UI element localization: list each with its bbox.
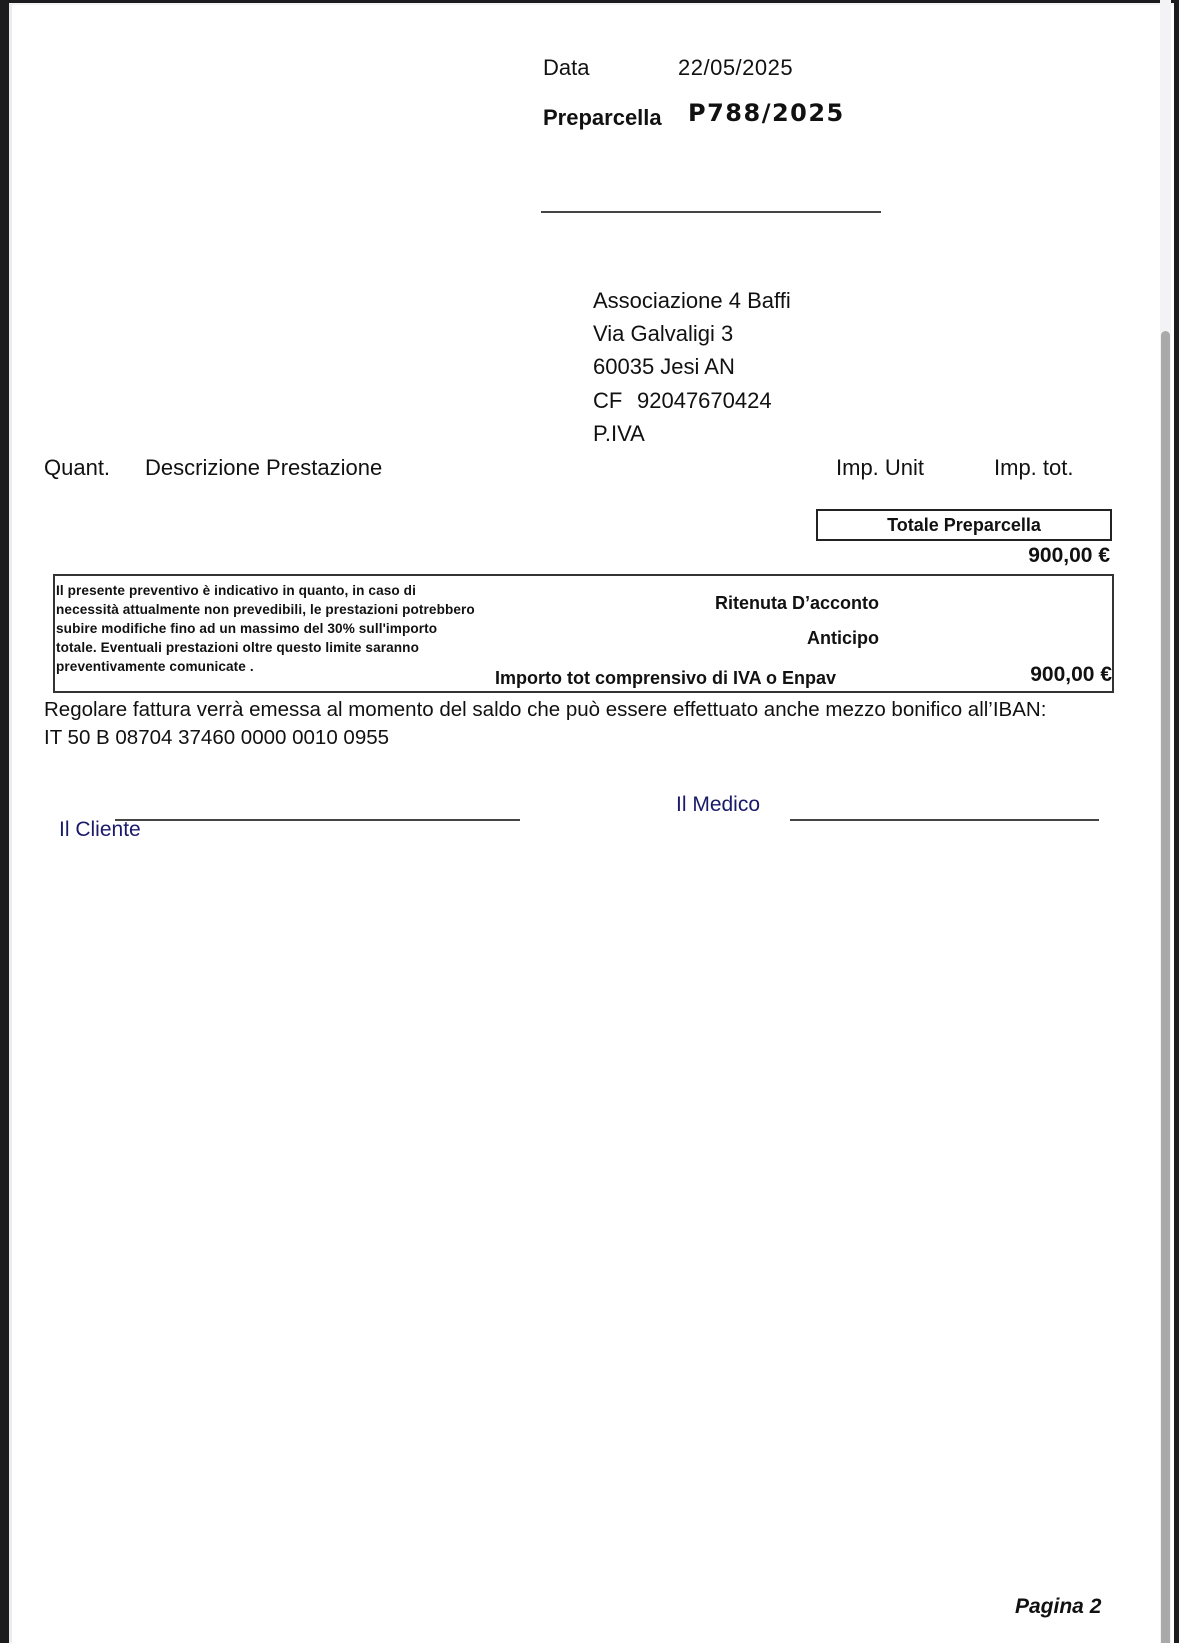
recipient-cf-label: CF [593,388,622,414]
page-number: Pagina 2 [1015,1595,1101,1619]
header-total-price: Imp. tot. [994,455,1073,481]
withholding-label: Ritenuta D’acconto [715,593,879,614]
iban-value: IT 50 B 08704 37460 0000 0010 0955 [44,726,389,750]
total-preparcella-box: Totale Preparcella [816,509,1112,541]
grand-total-value: 900,00 € [1030,663,1112,687]
date-value: 22/05/2025 [678,55,793,81]
header-unit-price: Imp. Unit [836,455,924,481]
header-divider [541,211,881,213]
grand-total-label: Importo tot comprensivo di IVA o Enpav [495,668,836,689]
recipient-city: 60035 Jesi AN [593,354,735,380]
recipient-piva-label: P.IVA [593,421,645,447]
payment-note: Regolare fattura verrà emessa al momento… [44,698,1046,722]
header-description: Descrizione Prestazione [145,455,382,481]
recipient-name: Associazione 4 Baffi [593,288,791,314]
total-preparcella-value: 900,00 € [1028,544,1110,568]
vertical-scrollbar-thumb[interactable] [1161,331,1170,1643]
recipient-cf-value: 92047670424 [637,388,772,414]
preparcella-number: P788/2025 [688,99,845,127]
recipient-address: Via Galvaligi 3 [593,321,733,347]
document-page: Data 22/05/2025 Preparcella P788/2025 As… [9,3,1174,1643]
date-label: Data [543,55,589,81]
doctor-signature-label: Il Medico [676,793,760,817]
total-preparcella-label: Totale Preparcella [887,515,1041,536]
client-signature-line [115,819,520,821]
disclaimer-text: Il presente preventivo è indicativo in q… [56,581,476,676]
header-quantity: Quant. [44,455,110,481]
doctor-signature-line [790,819,1099,821]
client-signature-label: Il Cliente [59,818,141,842]
preparcella-label: Preparcella [543,105,662,131]
summary-box: Il presente preventivo è indicativo in q… [53,574,1114,693]
advance-label: Anticipo [807,628,879,649]
